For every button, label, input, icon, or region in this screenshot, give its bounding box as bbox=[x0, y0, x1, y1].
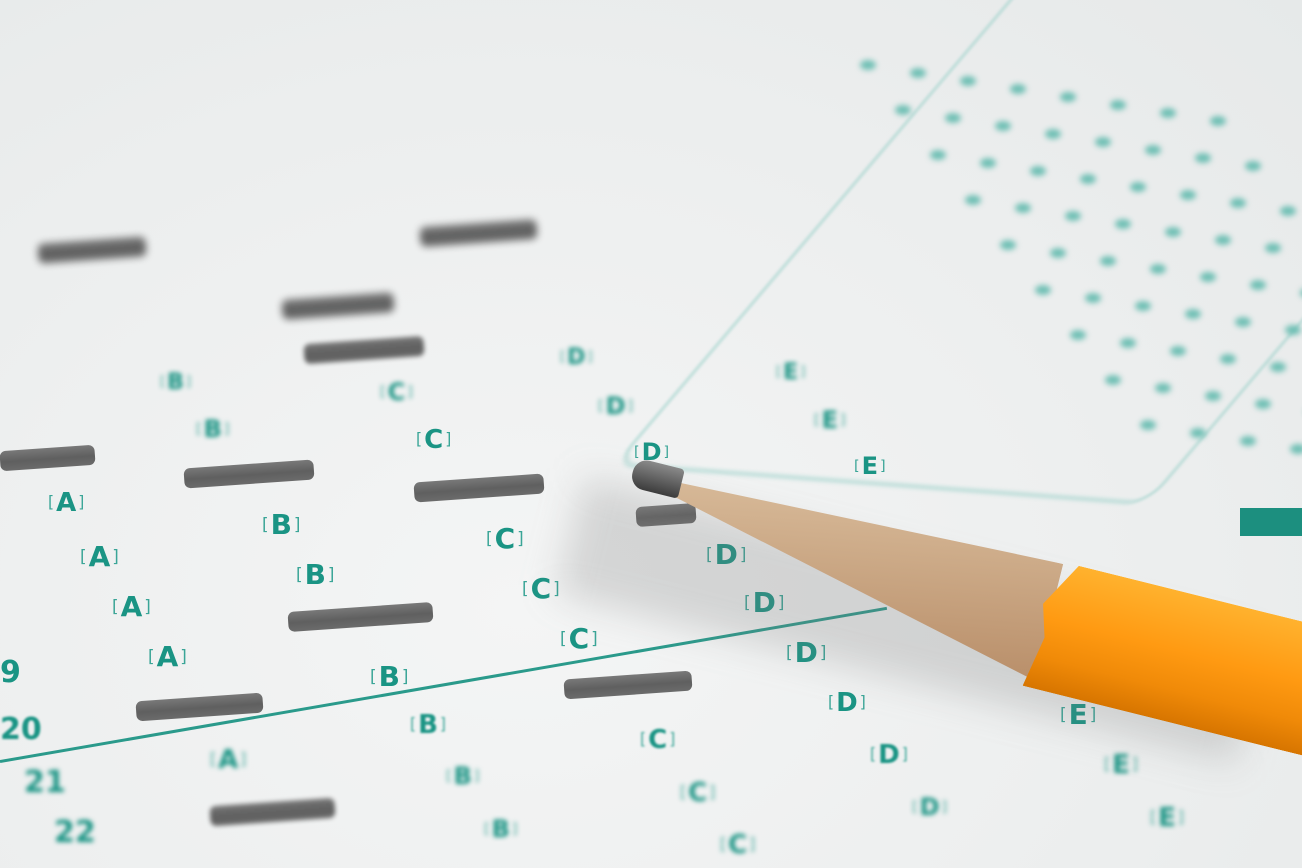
question-number: 9 bbox=[0, 655, 21, 690]
blurred-bubble bbox=[1135, 301, 1151, 311]
blurred-bubble bbox=[980, 158, 996, 168]
answer-bubble-c: [C] bbox=[680, 778, 717, 808]
filled-bubble-mark bbox=[413, 473, 544, 502]
blurred-bubble bbox=[1155, 383, 1171, 393]
teal-strip bbox=[1240, 508, 1302, 536]
blurred-bubble bbox=[895, 105, 911, 115]
filled-bubble-mark bbox=[287, 602, 433, 632]
answer-bubble-c: [C] bbox=[720, 830, 757, 860]
blurred-bubble bbox=[1165, 227, 1181, 237]
blurred-bubble bbox=[965, 195, 981, 205]
blurred-bubble bbox=[1210, 116, 1226, 126]
filled-bubble-mark bbox=[183, 459, 314, 488]
blurred-bubble bbox=[1010, 84, 1026, 94]
blurred-bubble bbox=[1050, 248, 1066, 258]
blurred-bubble bbox=[1115, 219, 1131, 229]
answer-bubble-b: [B] bbox=[262, 508, 302, 541]
blurred-bubble bbox=[1205, 391, 1221, 401]
blurred-bubble bbox=[1105, 375, 1121, 385]
filled-bubble-mark bbox=[303, 336, 424, 364]
filled-bubble-mark bbox=[281, 292, 394, 320]
blurred-bubble bbox=[960, 76, 976, 86]
blurred-bubble bbox=[1270, 362, 1286, 372]
pencil-body bbox=[1023, 560, 1302, 764]
answer-bubble-d: [D] bbox=[598, 392, 635, 420]
filled-bubble-mark bbox=[0, 445, 96, 472]
answer-bubble-a: [A] bbox=[210, 745, 248, 775]
blurred-bubble bbox=[1170, 346, 1186, 356]
blurred-bubble bbox=[1200, 272, 1216, 282]
answer-bubble-b: [B] bbox=[196, 415, 232, 443]
blurred-bubble bbox=[1240, 436, 1256, 446]
pencil-wood bbox=[642, 466, 1063, 680]
blurred-bubble bbox=[1015, 203, 1031, 213]
blurred-bubble bbox=[1265, 243, 1281, 253]
blurred-bubble bbox=[1120, 338, 1136, 348]
blurred-bubble bbox=[1035, 285, 1051, 295]
answer-bubble-c: [C] bbox=[522, 572, 562, 605]
blurred-bubble bbox=[1185, 309, 1201, 319]
question-number: 20 bbox=[0, 712, 42, 747]
answer-bubble-a: [A] bbox=[48, 488, 86, 518]
blurred-bubble bbox=[1230, 198, 1246, 208]
answer-bubble-b: [B] bbox=[160, 370, 193, 395]
blurred-bubble bbox=[1000, 240, 1016, 250]
blurred-bubble bbox=[1045, 129, 1061, 139]
blurred-bubble bbox=[1150, 264, 1166, 274]
blurred-bubble bbox=[930, 150, 946, 160]
answer-bubble-d: [D] bbox=[560, 345, 595, 370]
answer-bubble-c: [C] bbox=[486, 522, 526, 555]
filled-bubble-mark bbox=[37, 236, 146, 263]
filled-bubble-mark bbox=[209, 798, 335, 827]
scantron-photo: [A][A][A][A][A][B][B][B][B][B][B][B][B][… bbox=[0, 0, 1302, 868]
blurred-bubble bbox=[1215, 235, 1231, 245]
answer-bubble-a: [A] bbox=[148, 640, 189, 673]
blurred-bubble bbox=[1195, 153, 1211, 163]
answer-bubble-a: [A] bbox=[80, 540, 121, 573]
blurred-bubble bbox=[1085, 293, 1101, 303]
blurred-bubble bbox=[1235, 317, 1251, 327]
blurred-bubble bbox=[1190, 428, 1206, 438]
answer-bubble-b: [B] bbox=[296, 558, 336, 591]
answer-bubble-a: [A] bbox=[112, 590, 153, 623]
answer-bubble-b: [B] bbox=[446, 762, 482, 790]
question-number: 21 bbox=[24, 765, 66, 800]
blurred-bubble bbox=[1280, 206, 1296, 216]
blurred-bubble bbox=[1100, 256, 1116, 266]
blurred-bubble bbox=[1060, 92, 1076, 102]
blurred-bubble bbox=[1140, 420, 1156, 430]
blurred-bubble bbox=[1255, 399, 1271, 409]
blurred-bubble bbox=[1250, 280, 1266, 290]
blurred-bubble bbox=[1130, 182, 1146, 192]
blurred-bubble bbox=[1285, 325, 1301, 335]
answer-bubble-c: [C] bbox=[640, 725, 677, 755]
answer-bubble-d: [D] bbox=[912, 793, 949, 821]
answer-bubble-e: [E] bbox=[776, 360, 807, 385]
question-number: 22 bbox=[54, 815, 96, 850]
blurred-bubble bbox=[1080, 174, 1096, 184]
answer-bubble-b: [B] bbox=[370, 660, 410, 693]
blurred-bubble bbox=[1110, 100, 1126, 110]
blurred-bubble bbox=[995, 121, 1011, 131]
answer-bubble-e: [E] bbox=[814, 406, 848, 434]
blurred-bubble bbox=[1095, 137, 1111, 147]
answer-bubble-b: [B] bbox=[484, 815, 520, 843]
blurred-bubble bbox=[945, 113, 961, 123]
filled-bubble-mark bbox=[419, 219, 537, 247]
blurred-bubble bbox=[910, 68, 926, 78]
answer-bubble-c: [C] bbox=[416, 425, 453, 455]
blurred-bubble bbox=[1145, 145, 1161, 155]
blurred-bubble bbox=[1070, 330, 1086, 340]
blurred-bubble bbox=[1160, 108, 1176, 118]
answer-bubble-b: [B] bbox=[410, 710, 448, 740]
answer-bubble-c: [C] bbox=[380, 378, 415, 406]
answer-bubble-e: [E] bbox=[854, 452, 888, 480]
blurred-bubble bbox=[1180, 190, 1196, 200]
blurred-bubble bbox=[1030, 166, 1046, 176]
blurred-bubble bbox=[1245, 161, 1261, 171]
blurred-bubble bbox=[1065, 211, 1081, 221]
blurred-bubble bbox=[1220, 354, 1236, 364]
blurred-bubble bbox=[860, 60, 876, 70]
blurred-bubble bbox=[1290, 444, 1302, 454]
